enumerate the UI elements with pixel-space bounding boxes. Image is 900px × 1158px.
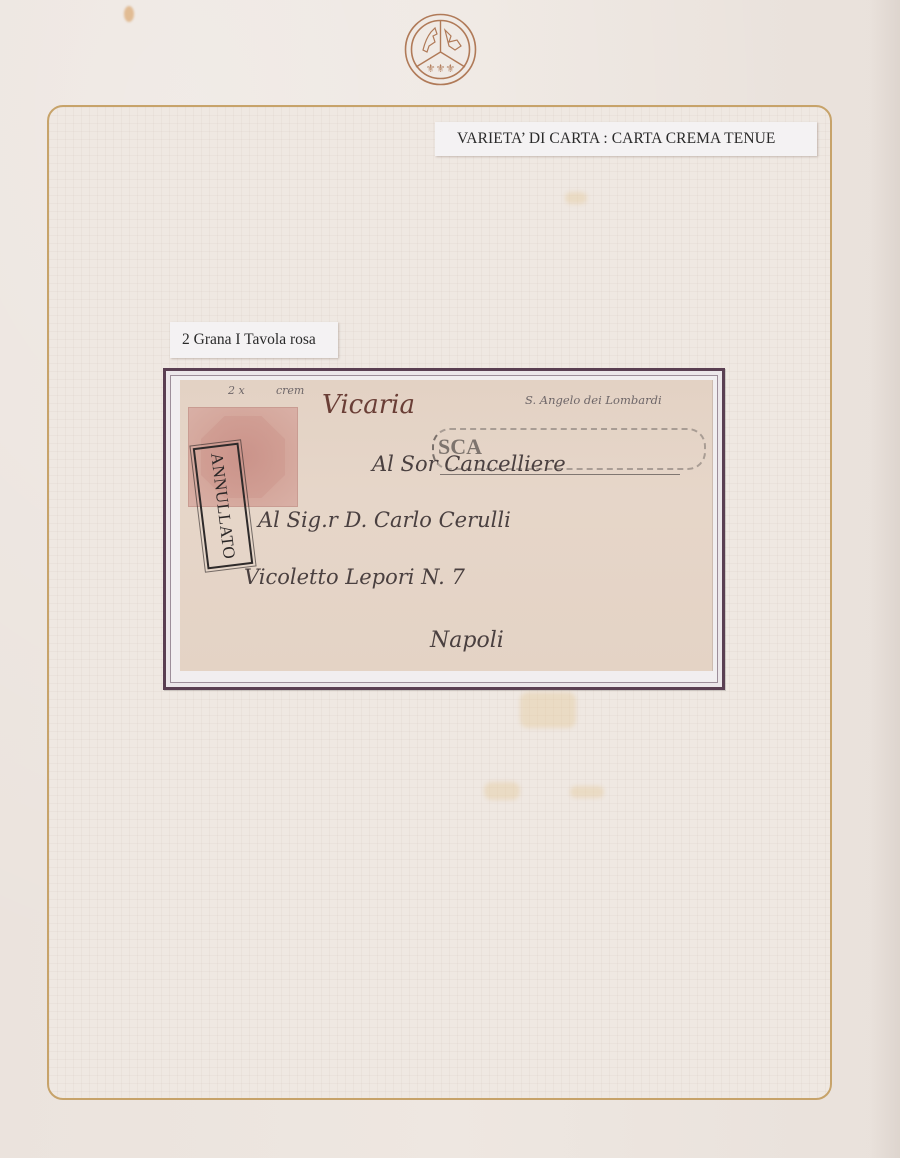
stamp-description-label: 2 Grana I Tavola rosa — [170, 322, 338, 358]
page-title-label: VARIETA’ DI CARTA : CARTA CREMA TENUE — [435, 122, 817, 156]
origin-manuscript: Vicaria — [322, 390, 415, 420]
address-line-1: Al Sor Cancelliere — [372, 452, 566, 476]
svg-text:⚜⚜⚜: ⚜⚜⚜ — [426, 62, 456, 75]
foxing-spot — [124, 6, 134, 22]
pencil-mark: 2 x — [228, 384, 245, 397]
address-line-3: Vicoletto Lepori N. 7 — [244, 565, 465, 589]
destination: Napoli — [430, 628, 504, 653]
paper-stain — [565, 192, 587, 204]
pencil-mark: crem — [276, 384, 304, 397]
paper-stain — [520, 692, 576, 728]
coat-of-arms-icon: ⚜⚜⚜ — [403, 12, 478, 87]
cancellation-text: ANNULLATO — [207, 452, 240, 561]
page-edge-shadow — [870, 0, 900, 1158]
paper-stain — [570, 786, 604, 798]
address-line-2: Al Sig.r D. Carlo Cerulli — [258, 508, 511, 532]
origin-pencil-note: S. Angelo dei Lombardi — [525, 393, 662, 407]
paper-stain — [484, 782, 520, 800]
